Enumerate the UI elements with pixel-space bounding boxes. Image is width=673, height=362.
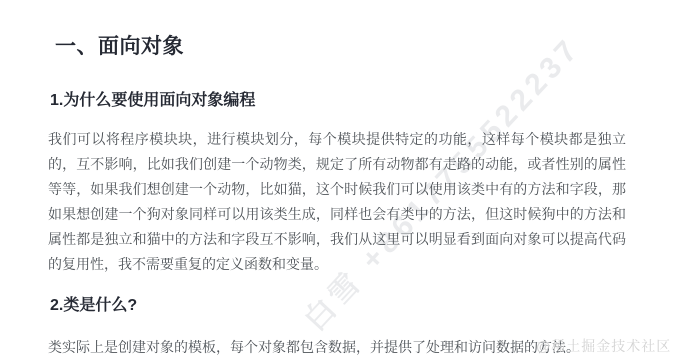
article-page: 白雪 +8617755522237 一、面向对象 1.为什么要使用面向对象编程 … [0, 0, 673, 362]
article-heading: 一、面向对象 [55, 30, 184, 60]
section-2-body: 类实际上是创建对象的模板，每个对象都包含数据，并提供了处理和访问数据的方法。 [48, 335, 648, 360]
section-2-title: 2.类是什么? [50, 292, 137, 315]
section-1-body: 我们可以将程序模块块，进行模块划分，每个模块提供特定的功能，这样每个模块都是独立… [48, 127, 626, 277]
section-1-title: 1.为什么要使用面向对象编程 [50, 87, 255, 110]
